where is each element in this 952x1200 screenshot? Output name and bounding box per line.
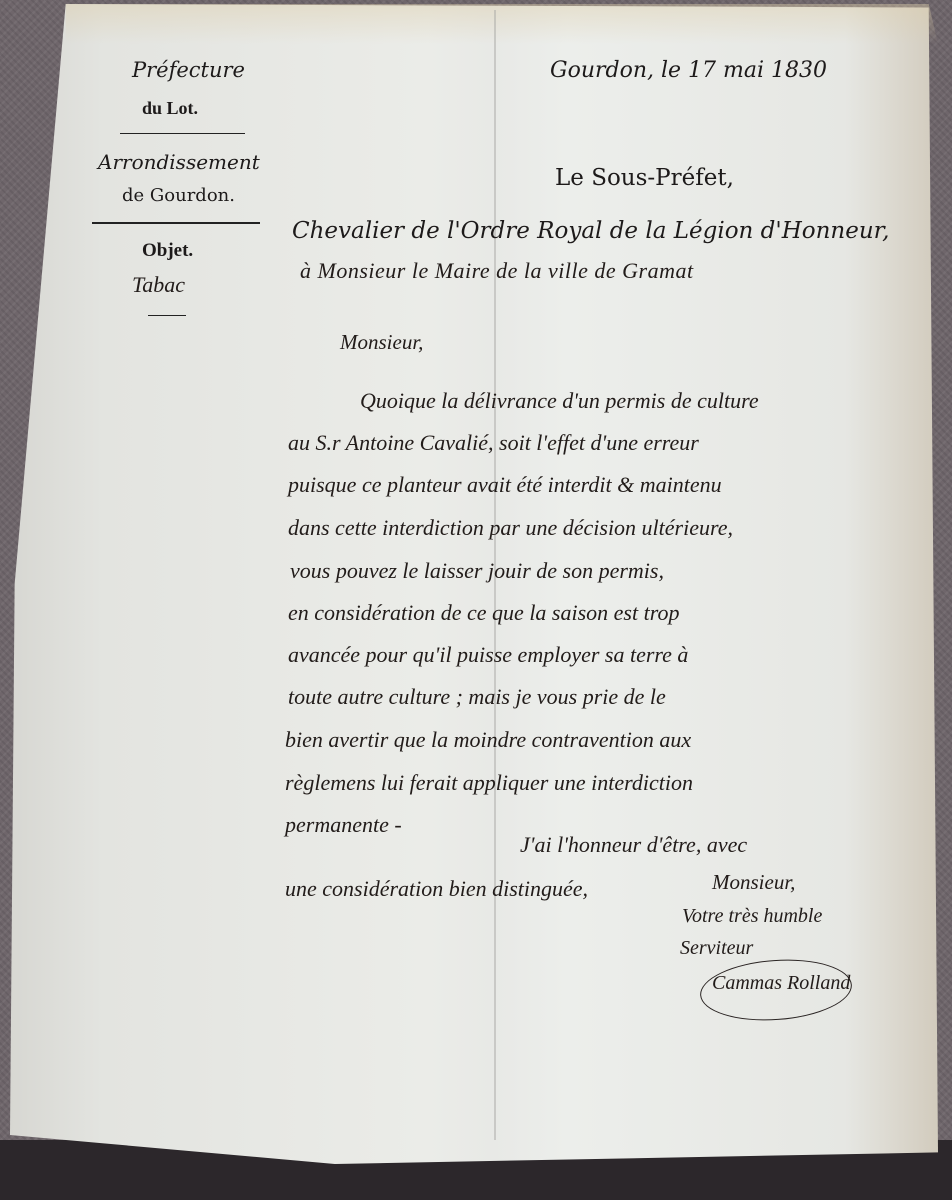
body-line: puisque ce planteur avait été interdit &… [288,472,722,498]
salutation: Monsieur, [340,330,423,355]
signoff-line: Serviteur [680,937,753,960]
sender-honor: Chevalier de l'Ordre Royal de la Légion … [292,218,889,244]
signature: Cammas Rolland [712,972,850,995]
body-line: règlemens lui ferait appliquer une inter… [285,770,693,796]
signoff-salutation: Monsieur, [712,870,795,895]
sender-title: Le Sous-Préfet, [555,165,734,191]
place-date: Gourdon, le 17 mai 1830 [550,58,827,83]
body-line: toute autre culture ; mais je vous prie … [288,684,666,710]
body-line: au S.r Antoine Cavalié, soit l'effet d'u… [288,430,699,456]
arrondissement-name: de Gourdon. [122,185,235,206]
body-line: bien avertir que la moindre contraventio… [285,727,691,753]
object-label: Objet. [142,240,193,262]
body-line: en considération de ce que la saison est… [288,600,679,626]
body-line: vous pouvez le laisser jouir de son perm… [290,558,664,584]
signoff-line: Votre très humble [682,905,822,928]
paper-aging-tint [10,4,938,44]
prefecture-label: Préfecture [132,58,245,82]
body-line: dans cette interdiction par une décision… [288,515,733,541]
arrondissement-label: Arrondissement [98,150,260,174]
divider-short [148,315,186,316]
recipient: à Monsieur le Maire de la ville de Grama… [300,258,694,284]
object-value: Tabac [132,272,185,298]
closing-line: une considération bien distinguée, [285,876,588,902]
divider [120,133,245,134]
department-label: du Lot. [142,98,198,119]
body-line: Quoique la délivrance d'un permis de cul… [360,388,759,414]
body-line: avancée pour qu'il puisse employer sa te… [288,642,688,668]
body-line: permanente - [285,812,402,838]
divider-double [92,222,260,224]
closing-line: J'ai l'honneur d'être, avec [520,832,747,858]
